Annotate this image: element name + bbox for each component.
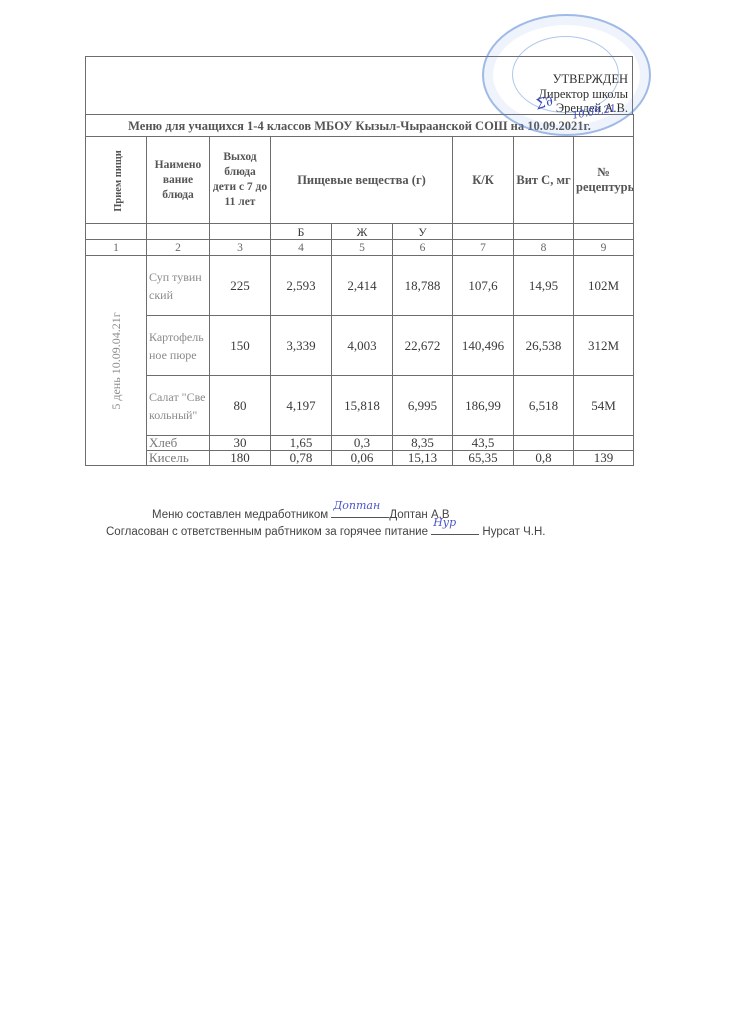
column-number: 5 [332,240,393,256]
day-label: 5 день 10.09.04.21г [109,312,123,409]
header-dish: Наимено вание блюда [147,137,210,224]
dish-name: Салат "Свекольный" [147,376,210,436]
compiled-signature: Доптан [333,499,380,512]
column-number: 7 [453,240,514,256]
header-recipe: № рецептуры [574,137,634,224]
table-row: Салат "Свекольный" 80 4,197 15,818 6,995… [86,376,634,436]
subheader-fat: Ж [332,224,393,240]
column-number: 3 [210,240,271,256]
dish-fat: 15,818 [332,376,393,436]
dish-carbs: 8,35 [393,436,453,451]
dish-output: 80 [210,376,271,436]
dish-output: 150 [210,316,271,376]
subheader-carbs: У [393,224,453,240]
column-number: 6 [393,240,453,256]
document-page: УТВЕРЖДЕН Директор школы Эрендей А.В. Ме… [0,0,744,1024]
dish-fat: 0,06 [332,451,393,466]
approval-title: УТВЕРЖДЕН [538,72,628,87]
compiled-by-label: Меню составлен медработником [152,509,328,521]
column-number: 1 [86,240,147,256]
dish-protein: 0,78 [271,451,332,466]
agreed-by-label: Согласован с ответственным рабтником за … [106,526,428,538]
dish-vit-c [514,436,574,451]
subheader-row: Б Ж У [86,224,634,240]
dish-output: 225 [210,256,271,316]
dish-vit-c: 0,8 [514,451,574,466]
dish-recipe: 54М [574,376,634,436]
dish-name: Кисель [147,451,210,466]
dish-vit-c: 14,95 [514,256,574,316]
dish-fat: 2,414 [332,256,393,316]
agreed-signature-line: Нур [431,522,479,535]
subheader-protein: Б [271,224,332,240]
dish-carbs: 22,672 [393,316,453,376]
dish-kk: 65,35 [453,451,514,466]
column-number: 2 [147,240,210,256]
dish-recipe: 312М [574,316,634,376]
dish-fat: 4,003 [332,316,393,376]
dish-kk: 186,99 [453,376,514,436]
agreed-signature: Нур [433,516,456,529]
column-number: 9 [574,240,634,256]
column-number: 8 [514,240,574,256]
dish-name: Суп тувинский [147,256,210,316]
column-number-row: 1 2 3 4 5 6 7 8 9 [86,240,634,256]
dish-recipe: 139 [574,451,634,466]
menu-table: Меню для учащихся 1-4 классов МБОУ Кызыл… [85,114,634,466]
header-vit-c: Вит С, мг [514,137,574,224]
dish-kk: 107,6 [453,256,514,316]
header-row: Прием пищи Наимено вание блюда Выход блю… [86,137,634,224]
column-number: 4 [271,240,332,256]
compiled-signature-line: Доптан [331,505,389,518]
header-meal: Прием пищи [86,137,147,224]
dish-protein: 1,65 [271,436,332,451]
dish-vit-c: 6,518 [514,376,574,436]
table-row: 5 день 10.09.04.21г Суп тувинский 225 2,… [86,256,634,316]
dish-recipe: 102М [574,256,634,316]
dish-fat: 0,3 [332,436,393,451]
dish-name: Картофельное пюре [147,316,210,376]
table-row: Кисель 180 0,78 0,06 15,13 65,35 0,8 139 [86,451,634,466]
table-title: Меню для учащихся 1-4 классов МБОУ Кызыл… [86,115,634,137]
table-row: Картофельное пюре 150 3,339 4,003 22,672… [86,316,634,376]
dish-output: 180 [210,451,271,466]
dish-vit-c: 26,538 [514,316,574,376]
dish-protein: 4,197 [271,376,332,436]
dish-recipe [574,436,634,451]
dish-carbs: 15,13 [393,451,453,466]
dish-name: Хлеб [147,436,210,451]
dish-kk: 43,5 [453,436,514,451]
dish-kk: 140,496 [453,316,514,376]
agreed-by-name: Нурсат Ч.Н. [482,526,545,538]
day-label-cell: 5 день 10.09.04.21г [86,256,147,466]
header-kk: К/К [453,137,514,224]
dish-protein: 2,593 [271,256,332,316]
dish-carbs: 6,995 [393,376,453,436]
agreed-by-line: Согласован с ответственным рабтником за … [106,522,744,538]
header-output: Выход блюда дети с 7 до 11 лет [210,137,271,224]
header-nutrients: Пищевые вещества (г) [271,137,453,224]
dish-protein: 3,339 [271,316,332,376]
table-row: Хлеб 30 1,65 0,3 8,35 43,5 [86,436,634,451]
dish-carbs: 18,788 [393,256,453,316]
dish-output: 30 [210,436,271,451]
